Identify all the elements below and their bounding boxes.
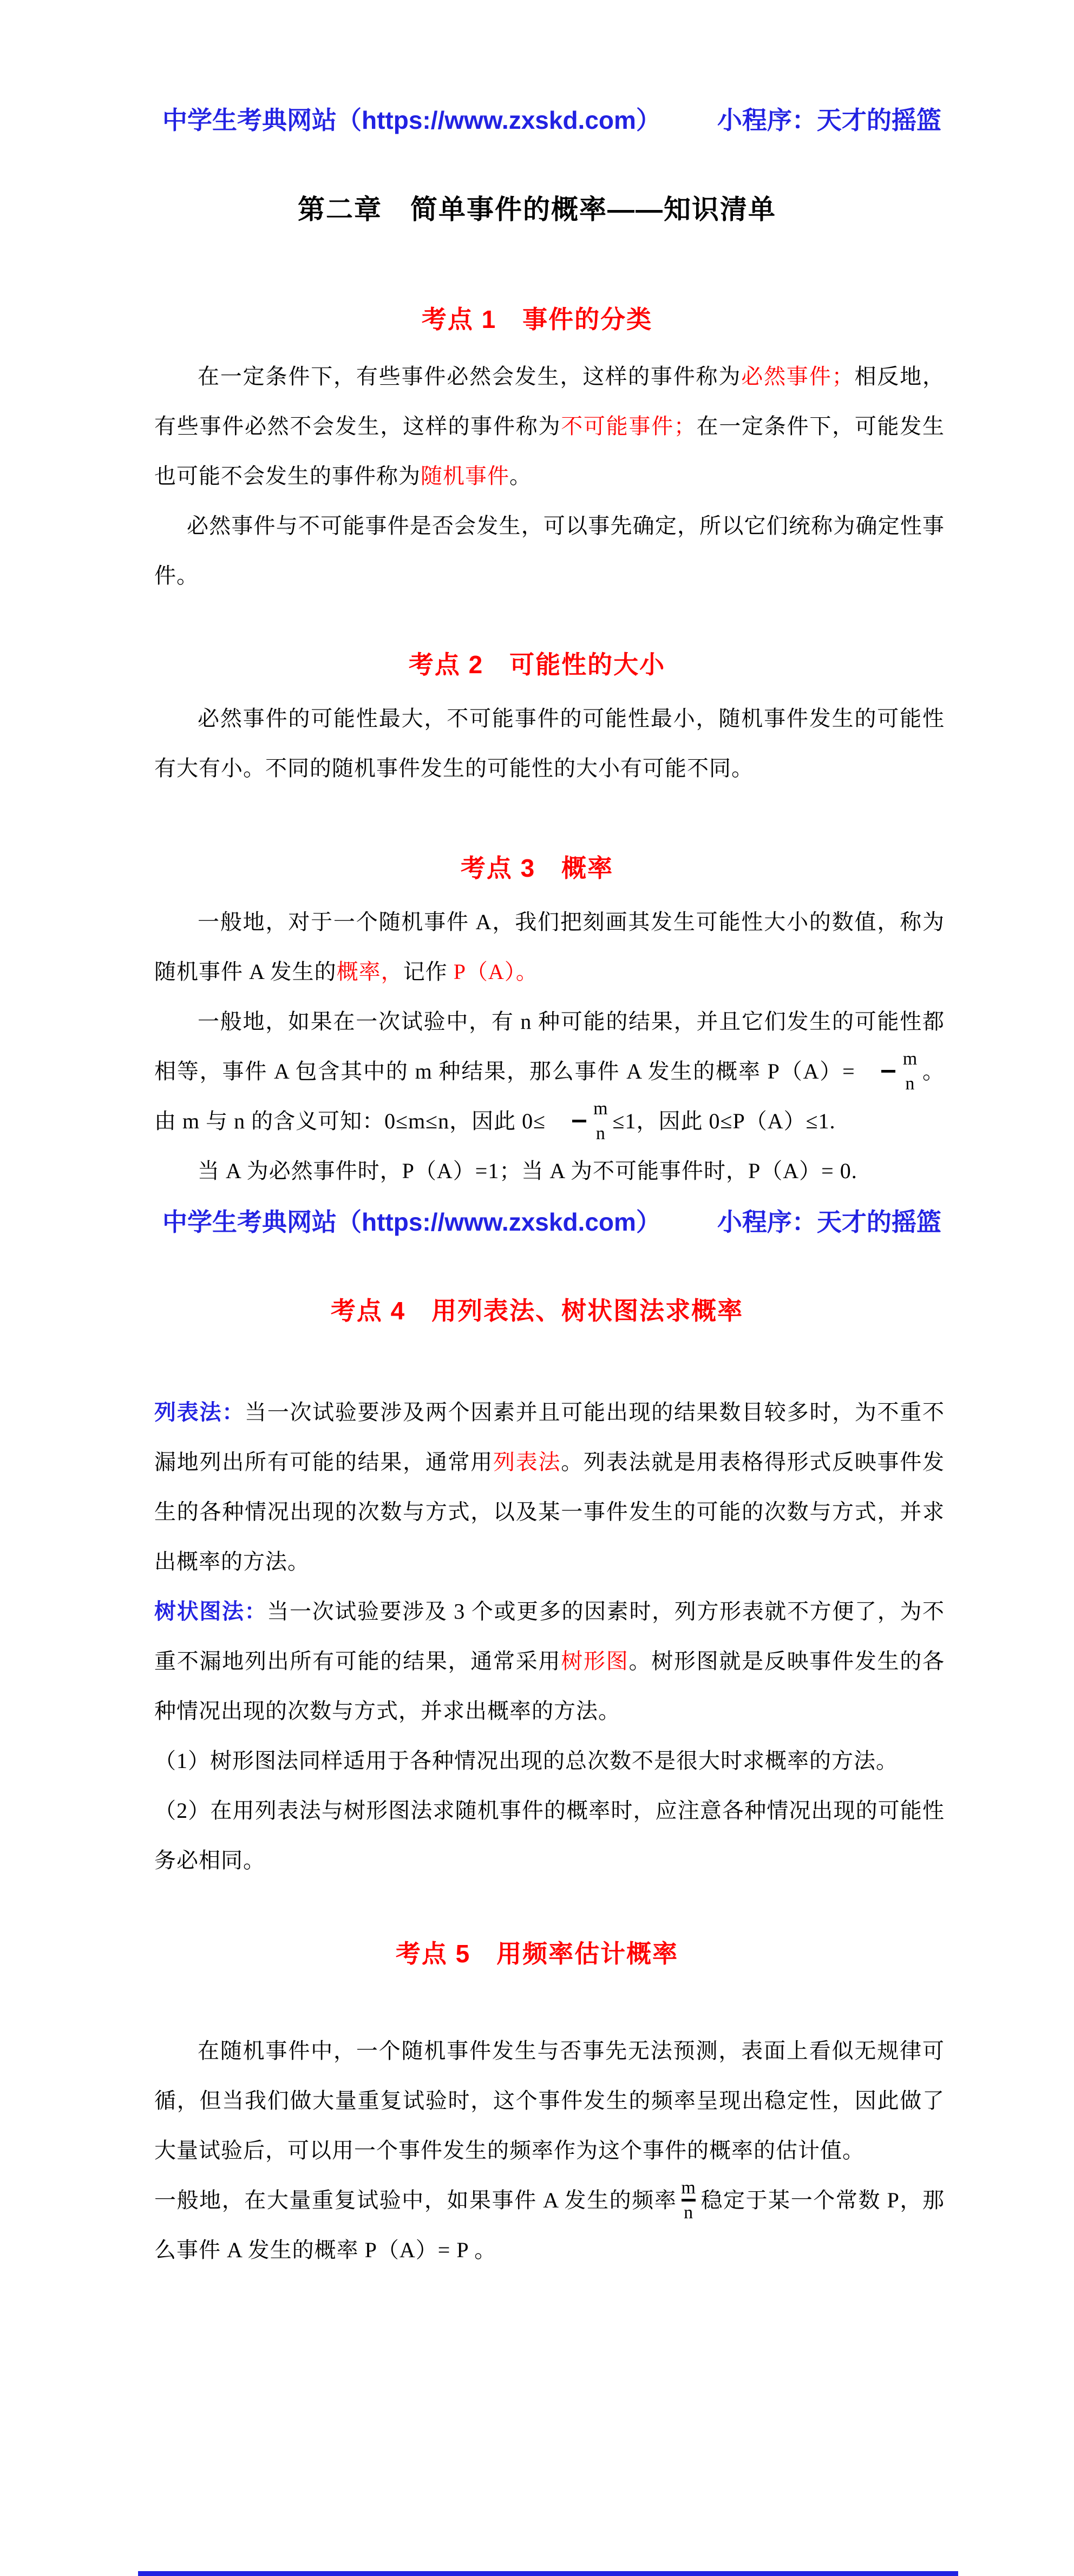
section2-paragraph-1: 必然事件的可能性最大，不可能事件的可能性最小，随机事件发生的可能性有大有小。不同… [154, 694, 945, 793]
section4-paragraph-tree-method: 树状图法：当一次试验要涉及 3 个或更多的因素时，列方形表就不方便了，为不重不漏… [154, 1587, 945, 1736]
section5-paragraph-1: 在随机事件中，一个随机事件发生与否事先无法预测，表面上看似无规律可循，但当我们做… [154, 2026, 945, 2176]
section1-heading: 考点 1 事件的分类 [0, 303, 1074, 336]
section3-paragraph-2: 一般地，如果在一次试验中，有 n 种可能的结果，并且它们发生的可能性都相等，事件… [154, 997, 945, 1146]
section3-heading: 考点 3 概率 [0, 852, 1074, 884]
next-page-header-clipped-strip [138, 2571, 958, 2576]
text-run: 一般地，在大量重复试验中，如果事件 A 发生的频率 [154, 2188, 677, 2212]
term-list-method: 列表法： [154, 1400, 245, 1424]
highlight-list-method: 列表法 [493, 1450, 561, 1474]
text-run: 。 [509, 464, 532, 488]
chapter-title: 第二章 简单事件的概率——知识清单 [0, 192, 1074, 227]
document-page: 中学生考典网站（https://www.zxskd.com） 小程序：天才的摇篮… [0, 0, 1074, 2576]
fraction-m-over-n: mn [680, 2178, 697, 2223]
fraction-numerator: m [859, 1049, 919, 1070]
site-header: 中学生考典网站（https://www.zxskd.com） 小程序：天才的摇篮 [162, 103, 953, 137]
text-run: ≤1，因此 0≤P（A）≤1. [613, 1109, 836, 1133]
text-run: 一般地，对于一个随机事件 A，我们把刻画其发生可能性大小的数值，称为随机事件 A… [154, 910, 945, 984]
section4-heading: 考点 4 用列表法、树状图法求概率 [0, 1294, 1074, 1327]
section1-paragraph-1: 在一定条件下，有些事件必然会发生，这样的事件称为必然事件；相反地，有些事件必然不… [154, 352, 945, 501]
section4-note-2: （2）在用列表法与树形图法求随机事件的概率时，应注意各种情况出现的可能性务必相同… [154, 1786, 945, 1885]
highlight-certain-event: 必然事件； [741, 364, 854, 389]
fraction-numerator: m [549, 1099, 609, 1120]
term-tree-method: 树状图法： [154, 1599, 267, 1624]
section4-paragraph-list-method: 列表法：当一次试验要涉及两个因素并且可能出现的结果数目较多时，为不重不漏地列出所… [154, 1388, 945, 1587]
text-run: 一般地，如果在一次试验中，有 n 种可能的结果，并且它们发生的可能性都相等，事件… [154, 1009, 945, 1083]
fraction-denominator: n [549, 1122, 609, 1144]
highlight-p-of-a: P（A）。 [454, 960, 538, 984]
applet-text: 小程序：天才的摇篮 [717, 1205, 941, 1239]
fraction-denominator: n [859, 1073, 919, 1094]
site-url-text: 中学生考典网站（https://www.zxskd.com） [162, 1205, 661, 1239]
section2-heading: 考点 2 可能性的大小 [0, 648, 1074, 681]
fraction-m-over-n: mn [859, 1049, 919, 1094]
highlight-tree-diagram: 树形图 [561, 1649, 628, 1673]
fraction-denominator: n [680, 2202, 697, 2223]
applet-text: 小程序：天才的摇篮 [717, 103, 941, 137]
text-run: 在一定条件下，有些事件必然会发生，这样的事件称为 [198, 364, 741, 389]
section1-paragraph-2: 必然事件与不可能事件是否会发生，可以事先确定，所以它们统称为确定性事件。 [154, 501, 945, 601]
section3-paragraph-1: 一般地，对于一个随机事件 A，我们把刻画其发生可能性大小的数值，称为随机事件 A… [154, 897, 945, 997]
section5-heading: 考点 5 用频率估计概率 [0, 1937, 1074, 1970]
site-url-text: 中学生考典网站（https://www.zxskd.com） [162, 103, 661, 137]
section5-paragraph-2: 一般地，在大量重复试验中，如果事件 A 发生的频率mn稳定于某一个常数 P，那么… [154, 2176, 945, 2275]
highlight-random-event: 随机事件 [421, 464, 509, 488]
section3-paragraph-3: 当 A 为必然事件时，P（A）=1；当 A 为不可能事件时，P（A）= 0. [154, 1146, 945, 1196]
highlight-probability-term: 概率， [337, 960, 403, 984]
fraction-m-over-n: mn [549, 1099, 609, 1144]
text-run: 记作 [403, 960, 454, 984]
section4-note-1: （1）树形图法同样适用于各种情况出现的总次数不是很大时求概率的方法。 [154, 1736, 945, 1786]
site-header-repeat: 中学生考典网站（https://www.zxskd.com） 小程序：天才的摇篮 [162, 1205, 953, 1239]
fraction-numerator: m [680, 2178, 697, 2199]
highlight-impossible-event: 不可能事件； [561, 414, 696, 438]
